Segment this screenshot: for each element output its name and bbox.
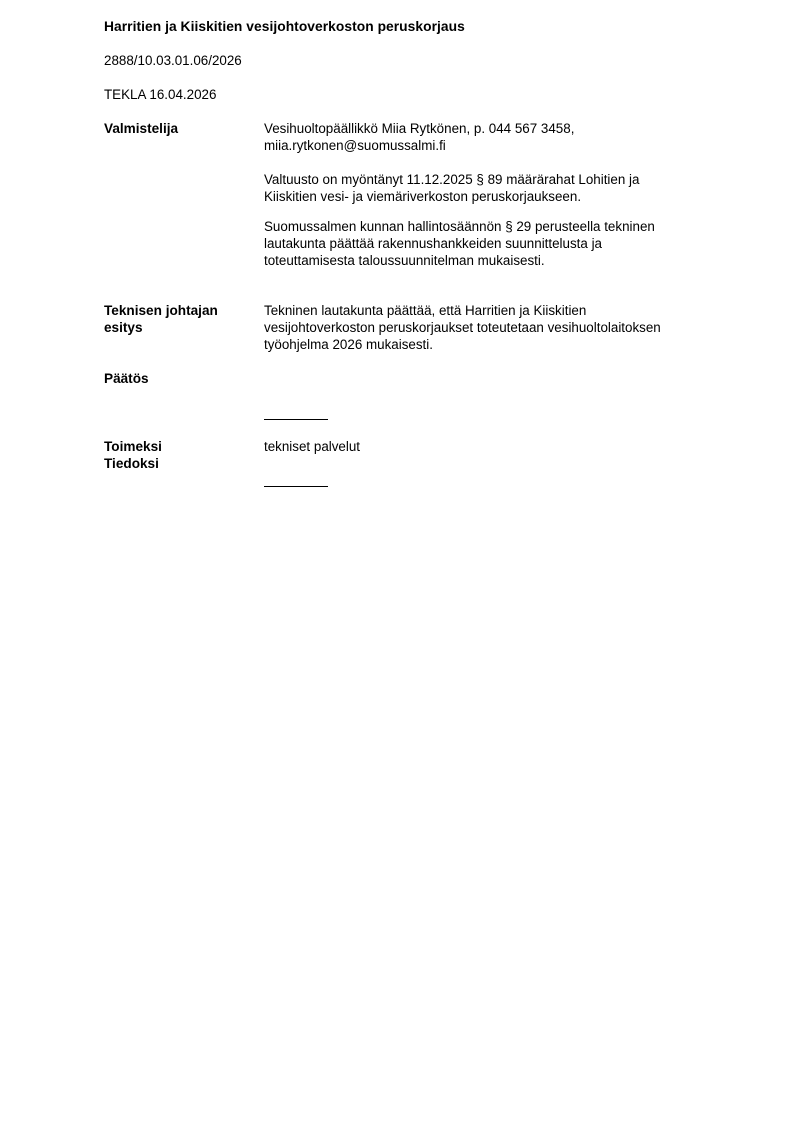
proposal-line-3: työohjelma 2026 mukaisesti. xyxy=(264,337,433,354)
background-para-2-line-3: toteuttamisesta taloussuunnitelman mukai… xyxy=(264,253,545,270)
background-para-1-line-1: Valtuusto on myöntänyt 11.12.2025 § 89 m… xyxy=(264,172,639,189)
preparer-email: miia.rytkonen@suomussalmi.fi xyxy=(264,138,446,155)
esitys-label-line-2: esitys xyxy=(104,320,143,337)
recipient-value: tekniset palvelut xyxy=(264,439,360,456)
background-para-2-line-2: lautakunta päättää rakennushankkeiden su… xyxy=(264,236,602,253)
paatos-label: Päätös xyxy=(104,371,149,388)
esitys-label-line-1: Teknisen johtajan xyxy=(104,303,218,320)
background-para-1-line-2: Kiiskitien vesi- ja viemäriverkoston per… xyxy=(264,189,581,206)
background-para-2-line-1: Suomussalmen kunnan hallintosäännön § 29… xyxy=(264,219,655,236)
reference-number: 2888/10.03.01.06/2026 xyxy=(104,53,242,70)
proposal-line-1: Tekninen lautakunta päättää, että Harrit… xyxy=(264,303,586,320)
decision-divider xyxy=(264,419,328,420)
toimeksi-label: Toimeksi xyxy=(104,439,162,456)
tiedoksi-label: Tiedoksi xyxy=(104,456,159,473)
document-title: Harritien ja Kiiskitien vesijohtoverkost… xyxy=(104,19,465,36)
proposal-line-2: vesijohtoverkoston peruskorjaukset toteu… xyxy=(264,320,661,337)
end-divider xyxy=(264,486,328,487)
document-page: Harritien ja Kiiskitien vesijohtoverkost… xyxy=(0,0,794,1122)
preparer-line-1: Vesihuoltopäällikkö Miia Rytkönen, p. 04… xyxy=(264,121,574,138)
meeting-date: TEKLA 16.04.2026 xyxy=(104,87,216,104)
valmistelija-label: Valmistelija xyxy=(104,121,178,138)
